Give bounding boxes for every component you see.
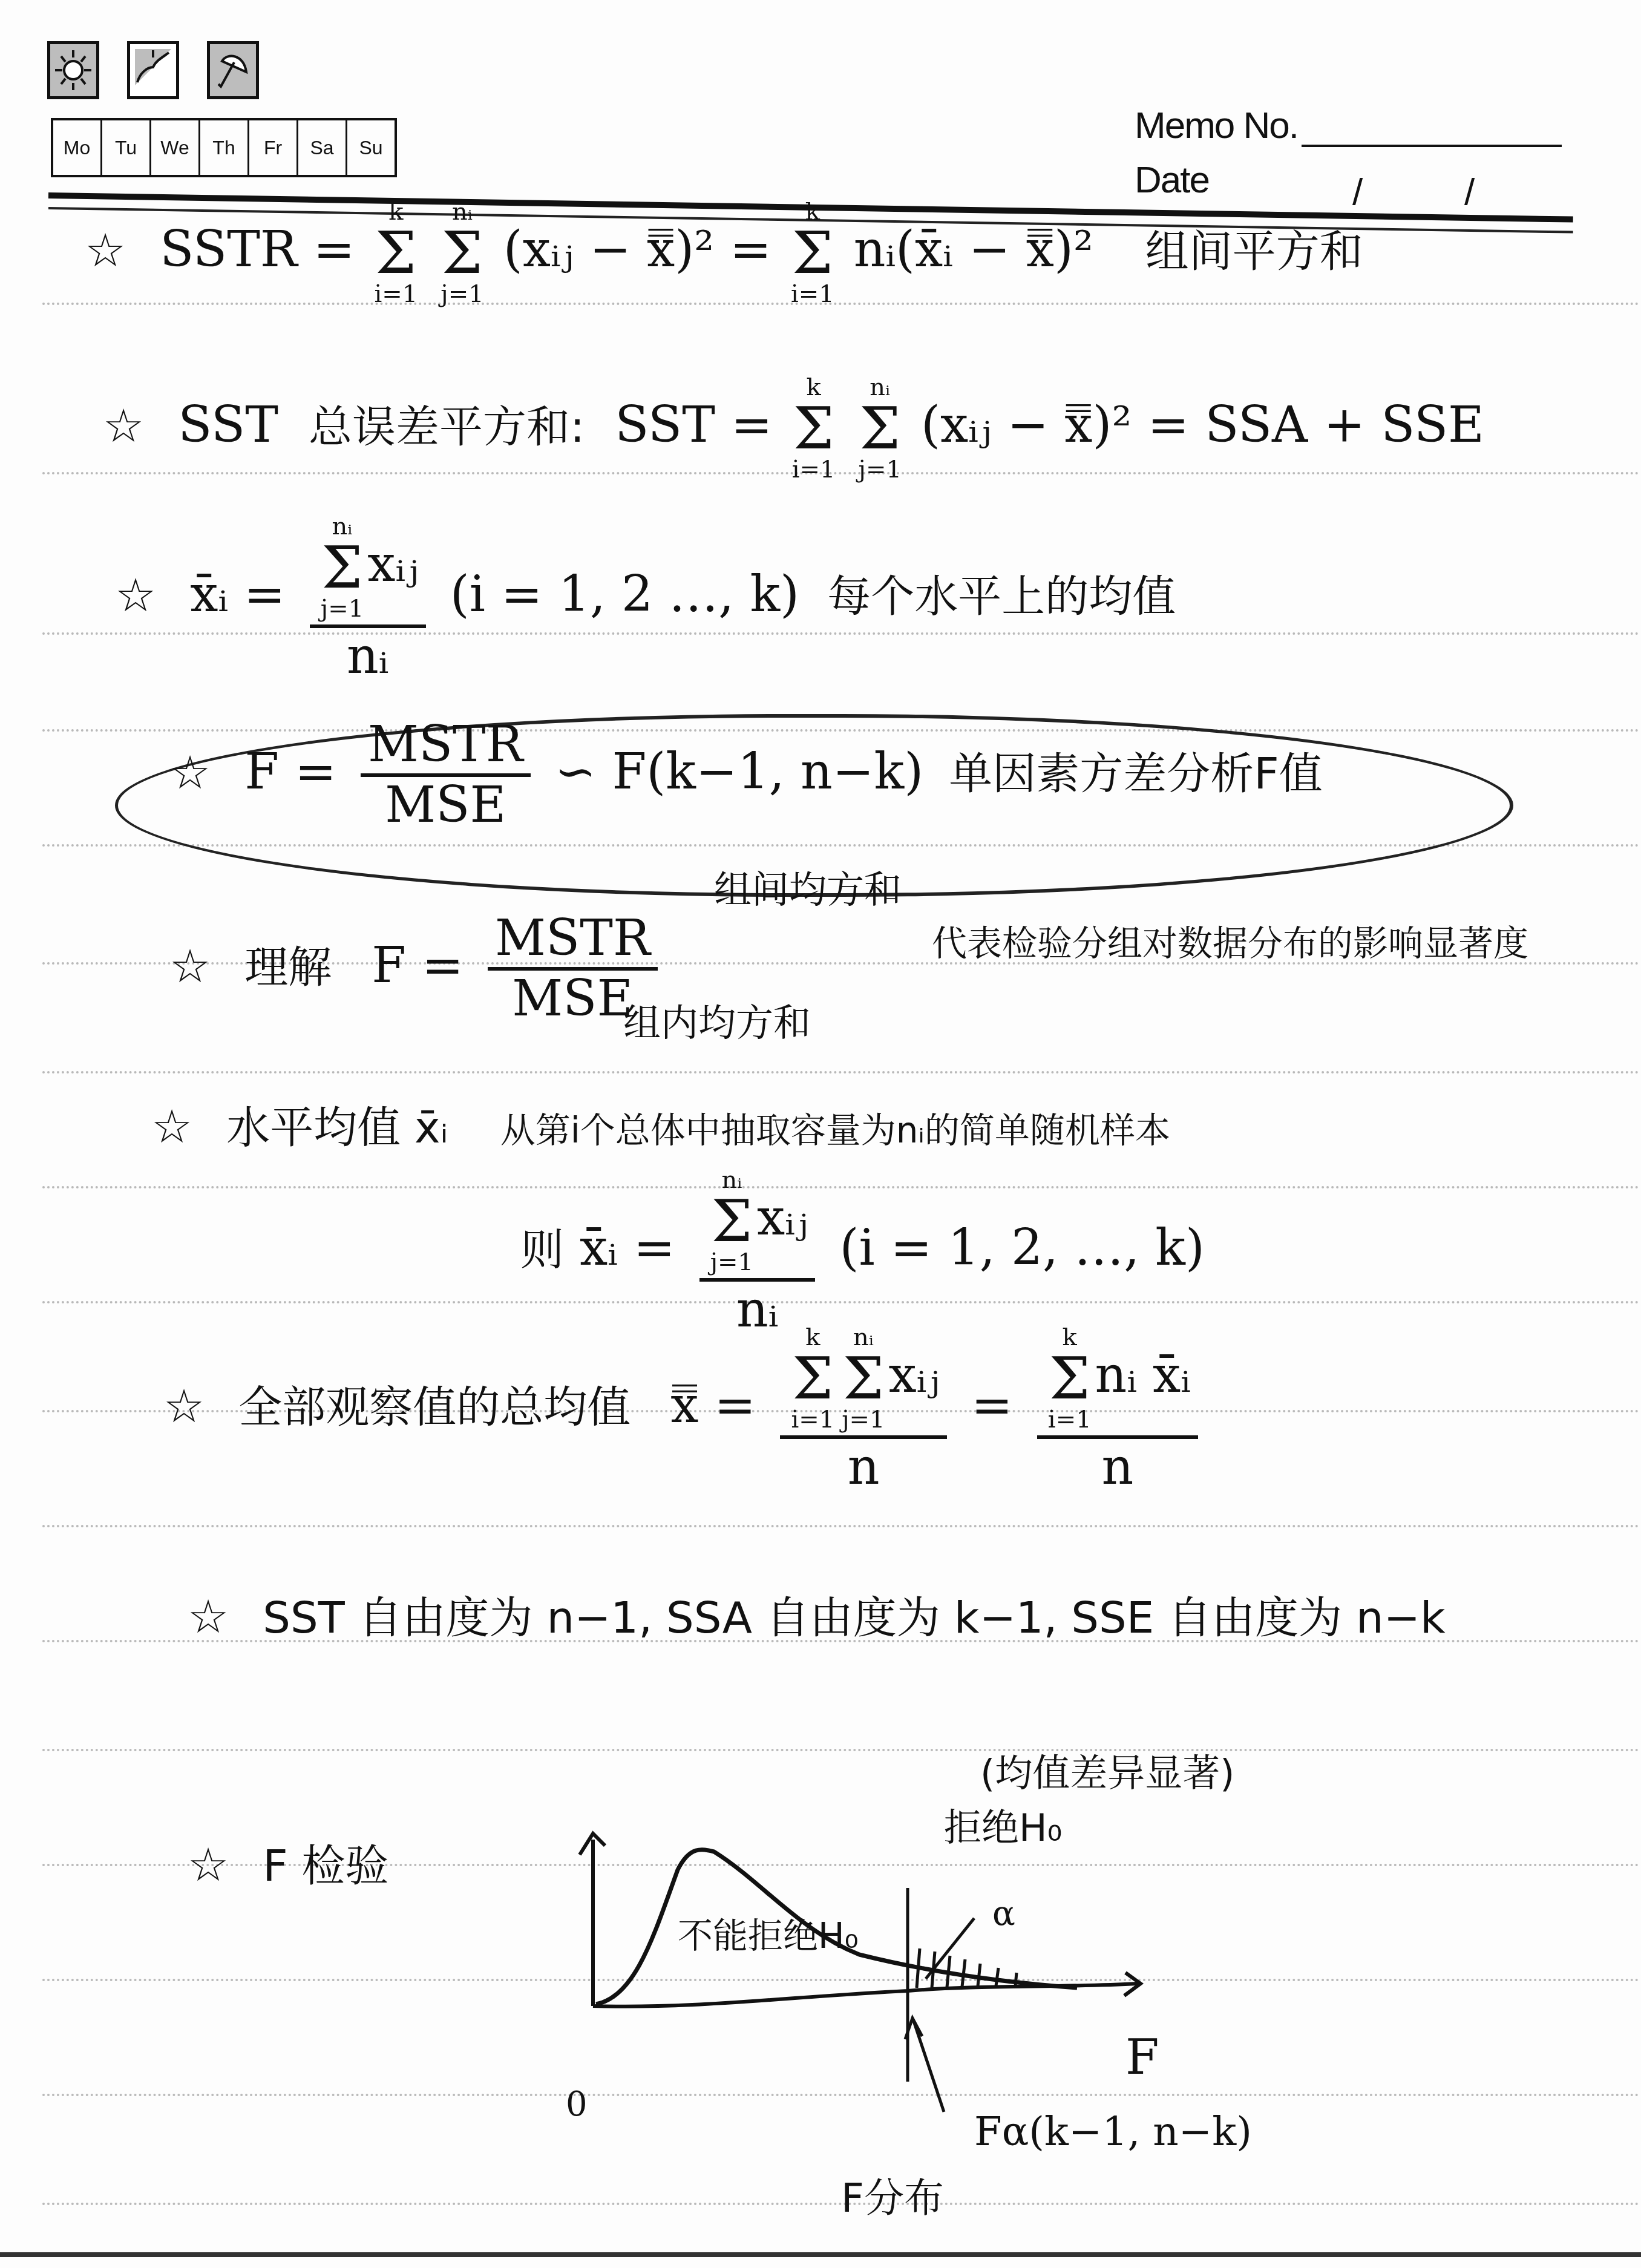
critical-value-label: Fα(k−1, n−k) [974,2112,1252,2152]
x-axis-label: F [1125,2033,1159,2082]
diagram-caption: F分布 [841,2178,944,2218]
reject-region-label: 拒绝H₀ [944,1809,1062,1847]
critical-value-pointer [914,2021,944,2112]
page-bottom-edge [0,2252,1641,2257]
reject-region-note: (均值差异显著) [980,1755,1234,1792]
origin-label: 0 [566,2088,588,2122]
accept-region-label: 不能拒绝H₀ [678,1918,859,1953]
notebook-page: Mo Tu We Th Fr Sa Su Memo No. Date / / ☆… [0,0,1641,2268]
alpha-label: α [992,1897,1015,1931]
